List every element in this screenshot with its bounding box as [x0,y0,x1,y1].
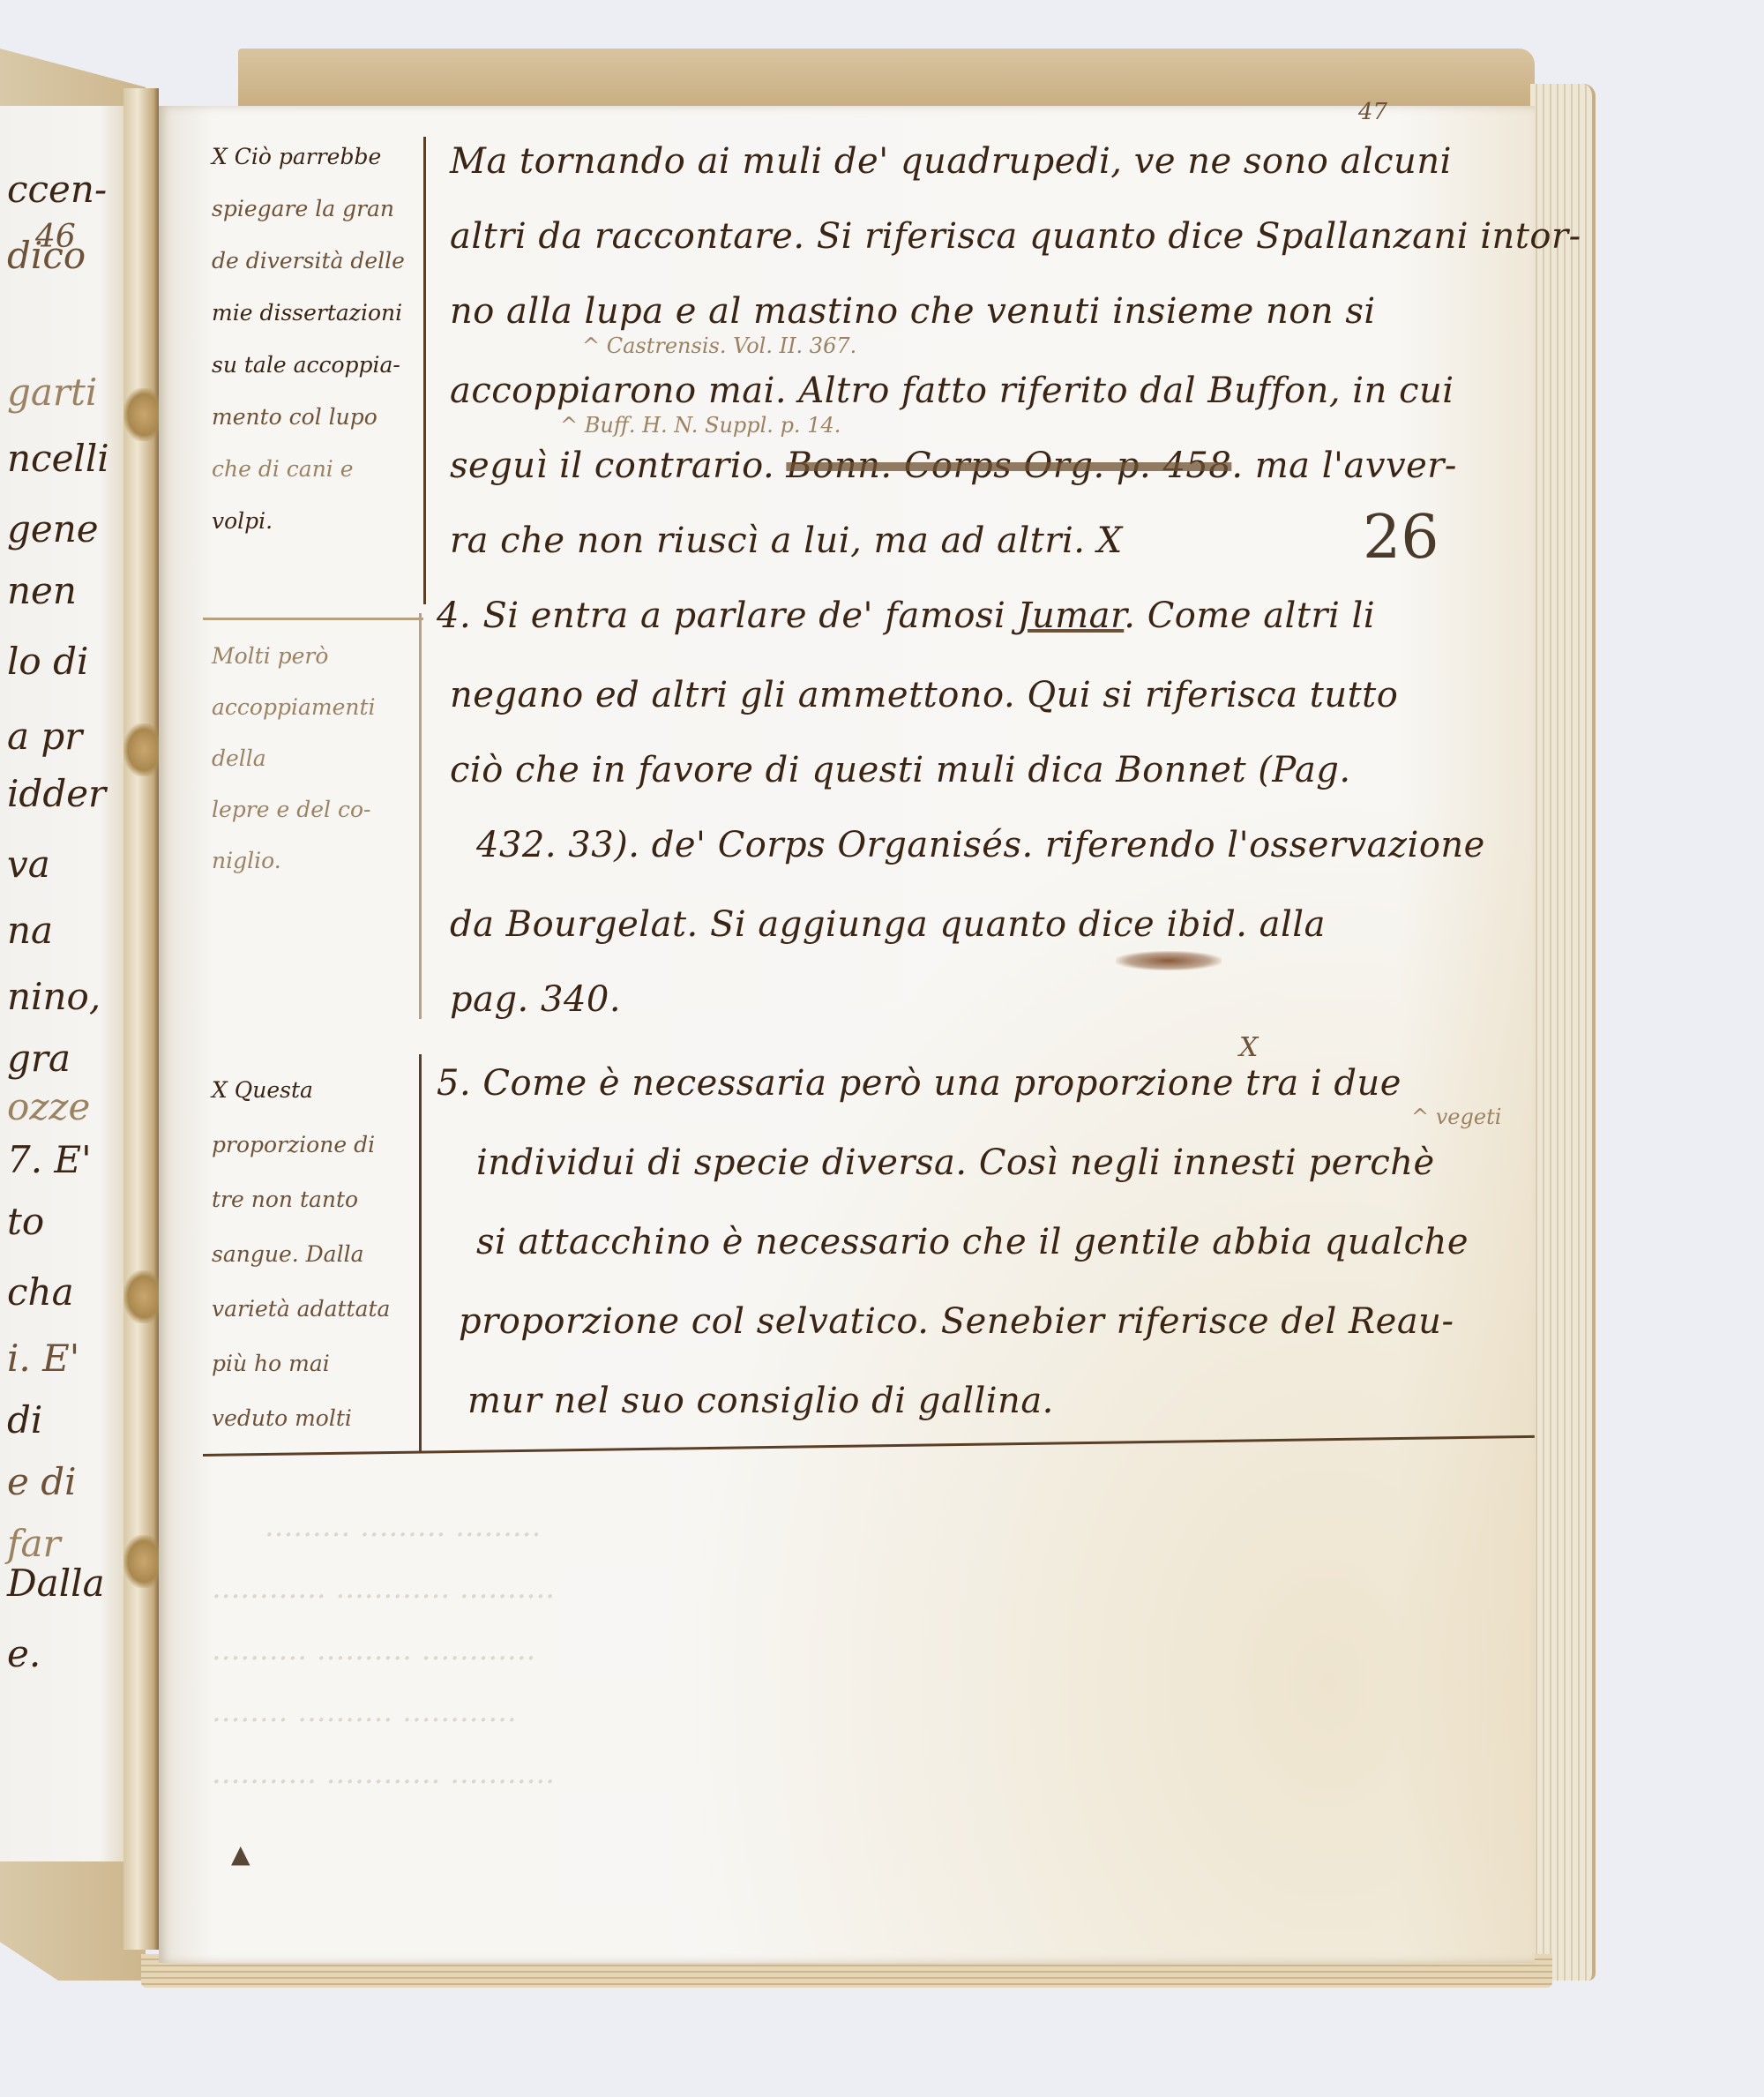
margin-rule [419,1054,422,1451]
margin-note-line: lepre e del co- [212,784,419,835]
text-line: ra che non riuscì a lui, ma ad altri. X [450,521,1521,561]
margin-rule [423,137,426,604]
margin-note-line: spiegare la gran [212,183,419,235]
margin-note-line: X Ciò parrebbe [212,131,419,183]
margin-note-line: varietà adattata [212,1282,419,1337]
left-fragment: na [7,909,53,952]
left-fragment: lo di [7,640,88,683]
bleed-through-text: ·········· ·········· ············ [212,1641,535,1676]
margin-note-line: mie dissertazioni [212,287,419,339]
bleed-through-text: ··········· ············ ··········· [212,1764,555,1800]
margin-note-line: sangue. Dalla [212,1227,419,1282]
text-line: mur nel suo consiglio di gallina. [467,1381,1539,1421]
interlinear-insertion: ^ Buff. H. N. Suppl. p. 14. [560,413,841,438]
left-fragment: far [7,1522,61,1565]
text-line: seguì il contrario. Bonn. Corps Org. p. … [450,446,1521,486]
bleed-through-text: ········ ·········· ············ [212,1703,517,1738]
left-fragment: va [7,843,50,886]
margin-note-line: Molti però [212,631,419,682]
margin-note-line: de diversità delle [212,235,419,287]
text-line: da Bourgelat. Si aggiunga quanto dice ib… [450,904,1521,945]
left-fragment: 7. E' [7,1138,92,1181]
text-line: 5. Come è necessaria però una proporzion… [437,1063,1508,1104]
text-line: si attacchino è necessario che il gentil… [476,1222,1548,1262]
left-fragment: dico [7,234,86,277]
bleed-through-text: ············ ············ ·········· [212,1579,555,1614]
left-fragment: gra [7,1037,71,1080]
text-line: ciò che in favore di questi muli dica Bo… [450,750,1521,790]
left-fragment: nen [7,569,77,612]
margin-note-1: X Ciò parrebbe spiegare la gran de diver… [212,131,419,547]
margin-note-line: tre non tanto [212,1172,419,1227]
left-fragment: ccen- [7,168,107,211]
left-fragment: di [7,1398,42,1442]
left-fragment: ncelli [7,437,109,480]
page-block-edge [1530,84,1596,1981]
text-line: proporzione col selvatico. Senebier rife… [459,1301,1530,1342]
text-line: pag. 340. [450,979,1521,1020]
margin-note-line: che di cani e [212,443,419,495]
left-page: 46 ccen- dico garti ncelli gene nen lo d… [0,106,125,1861]
margin-note-line: mento col lupo [212,391,419,443]
text-line: altri da raccontare. Si riferisca quanto… [450,216,1521,257]
left-fragment: e. [7,1632,41,1675]
underlined-word: Jumar [1017,595,1124,636]
margin-note-line: accoppiamenti della [212,682,419,784]
insertion-mark: X [1239,1032,1258,1063]
margin-rule [419,613,422,1019]
text-line: 4. Si entra a parlare de' famosi Jumar. … [437,595,1508,636]
left-fragment: idder [7,772,106,815]
left-fragment: ozze [7,1085,90,1128]
folio-number: 47 [1358,99,1387,125]
left-fragment: e di [7,1460,77,1503]
margin-note-line: veduto molti [212,1391,419,1446]
margin-note-line: proporzione di [212,1118,419,1172]
margin-note-line: su tale accoppia- [212,339,419,391]
left-fragment: to [7,1200,44,1243]
book-gutter [123,88,159,1950]
text-line: negano ed altri gli ammettono. Qui si ri… [450,675,1521,715]
left-fragment: garti [7,371,97,414]
interlinear-insertion: ^ Castrensis. Vol. II. 367. [582,333,856,358]
interlinear-insertion: ^ vegeti [1411,1105,1501,1129]
text-line: individui di specie diversa. Così negli … [476,1142,1548,1183]
pen-mark: ▲ [231,1839,250,1869]
bleed-through-text: ········· ········· ········· [265,1517,541,1553]
margin-note-3: X Questa proporzione di tre non tanto sa… [212,1063,419,1446]
left-fragment: i. E' [7,1337,79,1380]
margin-note-line: più ho mai [212,1337,419,1391]
left-fragment: Dalla [7,1562,105,1605]
ink-stain [1116,951,1222,970]
left-fragment: gene [7,507,99,550]
margin-note-line: niglio. [212,835,419,887]
margin-note-2: Molti però accoppiamenti della lepre e d… [212,631,419,887]
text-line: 432. 33). de' Corps Organisés. riferendo… [476,825,1548,865]
struck-through-text: Bonn. Corps Org. p. 458 [786,446,1231,486]
left-fragment: cha [7,1270,74,1314]
book-cover-top-edge [238,49,1535,110]
margin-note-line: volpi. [212,495,419,547]
margin-separator [203,618,423,620]
text-line: accoppiarono mai. Altro fatto riferito d… [450,371,1521,411]
text-line: no alla lupa e al mastino che venuti ins… [450,291,1521,332]
text-line: Ma tornando ai muli de' quadrupedi, ve n… [450,141,1521,182]
left-fragment: nino, [7,975,101,1018]
left-fragment: a pr [7,715,82,758]
margin-note-line: X Questa [212,1063,419,1118]
